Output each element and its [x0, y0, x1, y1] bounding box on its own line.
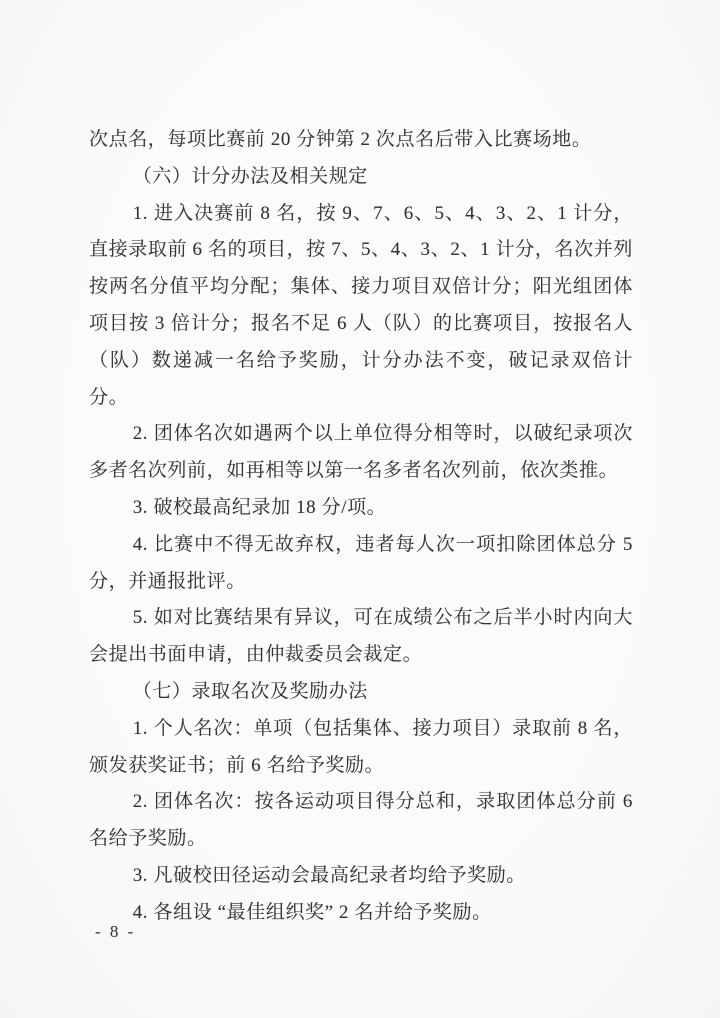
section-6-item-3: 3. 破校最高纪录加 18 分/项。	[89, 490, 633, 527]
section-7-item-3: 3. 凡破校田径运动会最高纪录者均给予奖励。	[89, 858, 633, 895]
document-page: 次点名，每项比赛前 20 分钟第 2 次点名后带入比赛场地。 （六）计分办法及相…	[0, 0, 720, 1018]
heading-section-7: （七）录取名次及奖励办法	[89, 674, 633, 711]
document-body: 次点名，每项比赛前 20 分钟第 2 次点名后带入比赛场地。 （六）计分办法及相…	[89, 122, 633, 932]
page-number: - 8 -	[95, 919, 136, 945]
heading-section-6: （六）计分办法及相关规定	[89, 159, 633, 196]
section-6-item-5: 5. 如对比赛结果有异议，可在成绩公布之后半小时内向大会提出书面申请，由仲裁委员…	[89, 600, 633, 674]
section-7-item-2: 2. 团体名次：按各运动项目得分总和，录取团体总分前 6 名给予奖励。	[89, 784, 633, 858]
section-6-item-1: 1. 进入决赛前 8 名，按 9、7、6、5、4、3、2、1 计分，直接录取前 …	[89, 196, 633, 417]
section-7-item-4: 4. 各组设 “最佳组织奖” 2 名并给予奖励。	[89, 895, 633, 932]
section-7-item-1: 1. 个人名次：单项（包括集体、接力项目）录取前 8 名，颁发获奖证书；前 6 …	[89, 711, 633, 785]
paragraph-continuation: 次点名，每项比赛前 20 分钟第 2 次点名后带入比赛场地。	[89, 122, 633, 159]
section-6-item-4: 4. 比赛中不得无故弃权，违者每人次一项扣除团体总分 5 分，并通报批评。	[89, 527, 633, 601]
section-6-item-2: 2. 团体名次如遇两个以上单位得分相等时，以破纪录项次多者名次列前，如再相等以第…	[89, 416, 633, 490]
